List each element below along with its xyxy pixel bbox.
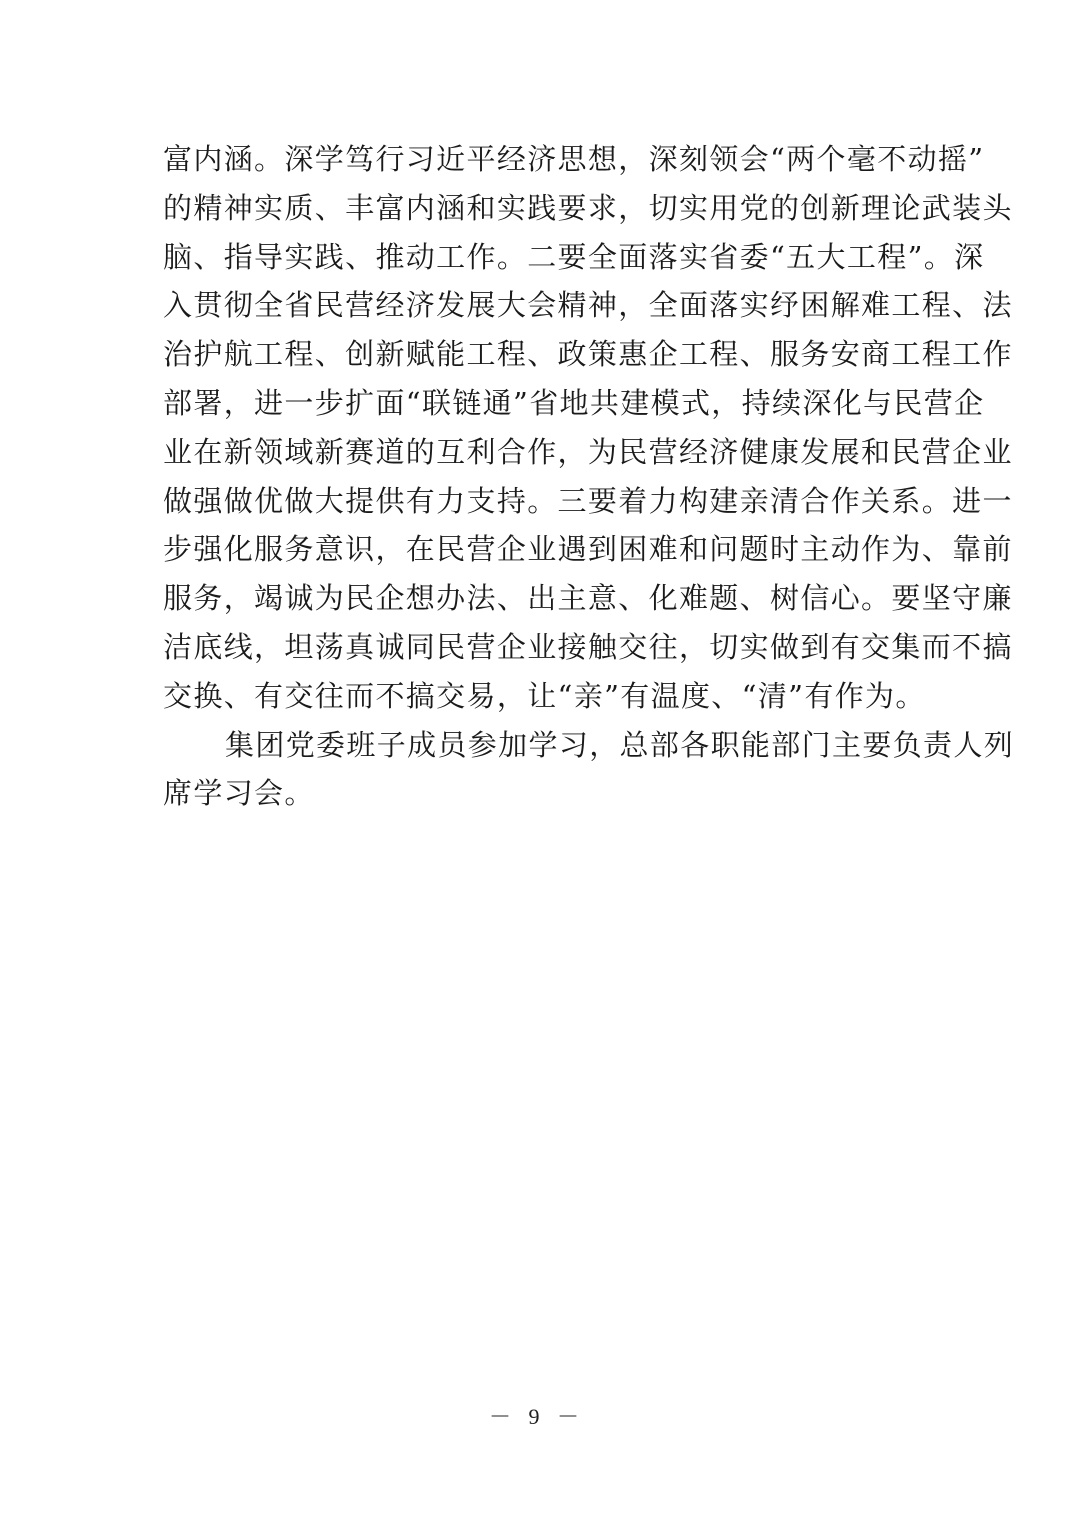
text-line: 洁底线，坦荡真诚同民营企业接触交往，切实做到有交集而不搞 [163, 623, 915, 672]
text-line: 集团党委班子成员参加学习，总部各职能部门主要负责人列 [163, 721, 915, 770]
paragraph-1: 富内涵。深学笃行习近平经济思想，深刻领会“两个毫不动摇” 的精神实质、丰富内涵和… [163, 135, 915, 721]
text-line: 的精神实质、丰富内涵和实践要求，切实用党的创新理论武装头 [163, 184, 915, 233]
text-line: 治护航工程、创新赋能工程、政策惠企工程、服务安商工程工作 [163, 330, 915, 379]
body-text: 富内涵。深学笃行习近平经济思想，深刻领会“两个毫不动摇” 的精神实质、丰富内涵和… [163, 135, 915, 818]
text-line: 业在新领域新赛道的互利合作，为民营经济健康发展和民营企业 [163, 428, 915, 477]
text-line: 做强做优做大提供有力支持。三要着力构建亲清合作关系。进一 [163, 477, 915, 526]
text-line: 入贯彻全省民营经济发展大会精神，全面落实纾困解难工程、法 [163, 281, 915, 330]
document-page: 富内涵。深学笃行习近平经济思想，深刻领会“两个毫不动摇” 的精神实质、丰富内涵和… [0, 0, 1074, 1520]
text-line: 交换、有交往而不搞交易，让“亲”有温度、“清”有作为。 [163, 672, 915, 721]
text-line: 步强化服务意识，在民营企业遇到困难和问题时主动作为、靠前 [163, 525, 915, 574]
paragraph-2: 集团党委班子成员参加学习，总部各职能部门主要负责人列 席学习会。 [163, 721, 915, 819]
page-number: － 9 － [0, 1400, 1074, 1431]
text-line: 服务，竭诚为民企想办法、出主意、化难题、树信心。要坚守廉 [163, 574, 915, 623]
text-line: 席学习会。 [163, 769, 915, 818]
text-line: 脑、指导实践、推动工作。二要全面落实省委“五大工程”。深 [163, 233, 915, 282]
text-line: 部署，进一步扩面“联链通”省地共建模式，持续深化与民营企 [163, 379, 915, 428]
text-line: 富内涵。深学笃行习近平经济思想，深刻领会“两个毫不动摇” [163, 135, 915, 184]
